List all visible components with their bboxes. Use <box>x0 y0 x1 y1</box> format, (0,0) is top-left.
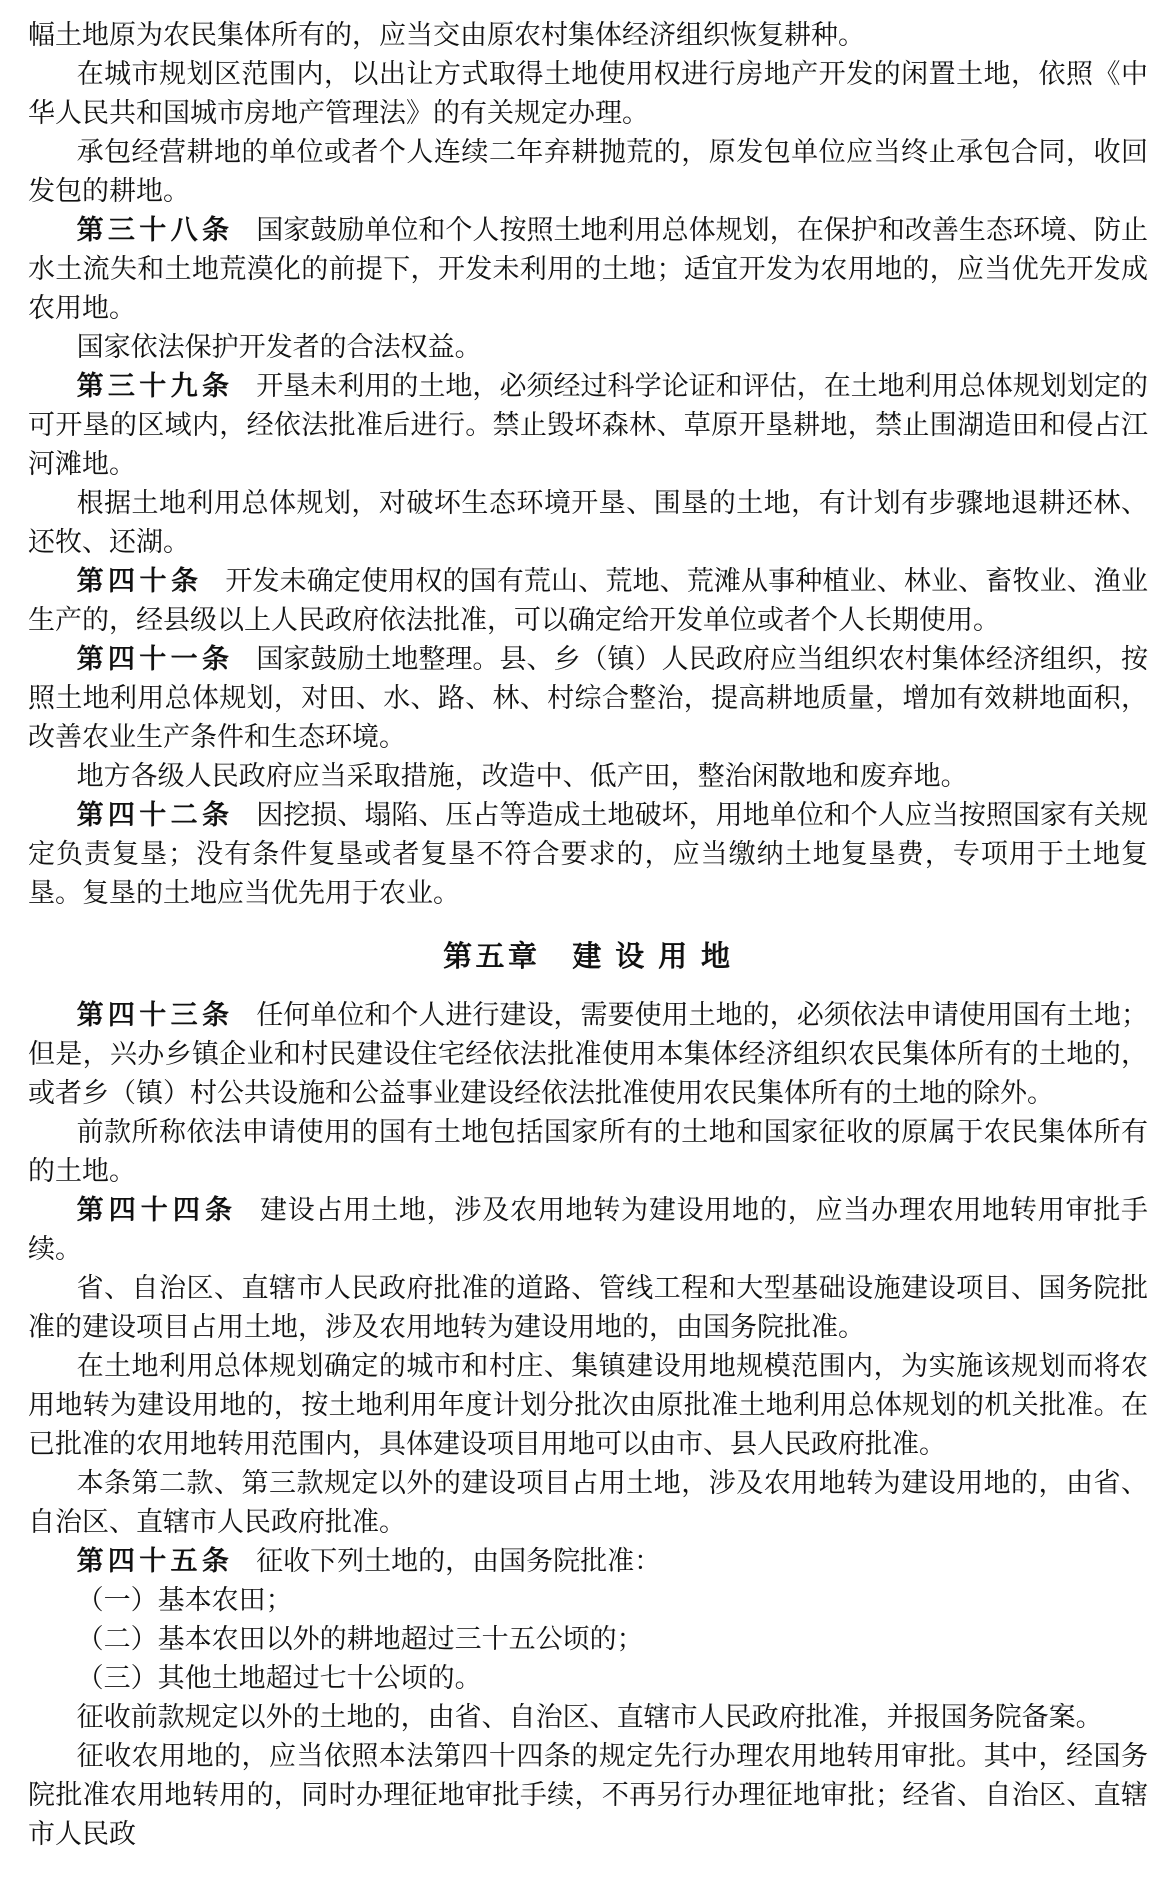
article-number: 第四十三条 <box>77 1000 234 1030</box>
article-paragraph: 第三十九条开垦未利用的土地，必须经过科学论证和评估，在土地利用总体规划划定的可开… <box>28 367 1148 484</box>
paragraph-text: 承包经营耕地的单位或者个人连续二年弃耕抛荒的，原发包单位应当终止承包合同，收回发… <box>28 137 1148 206</box>
article-number: 第三十八条 <box>77 215 234 245</box>
paragraph-text: 幅土地原为农民集体所有的，应当交由原农村集体经济组织恢复耕种。 <box>28 20 865 50</box>
paragraph-text: 国家依法保护开发者的合法权益。 <box>77 332 482 362</box>
paragraph-text: 省、自治区、直辖市人民政府批准的道路、管线工程和大型基础设施建设项目、国务院批准… <box>28 1273 1148 1342</box>
paragraph: 根据土地利用总体规划，对破坏生态环境开垦、围垦的土地，有计划有步骤地退耕还林、还… <box>28 484 1148 562</box>
article-number: 第四十条 <box>77 566 203 596</box>
paragraph-text: 在土地利用总体规划确定的城市和村庄、集镇建设用地规模范围内，为实施该规划而将农用… <box>28 1351 1148 1459</box>
paragraph: （三）其他土地超过七十公顷的。 <box>28 1659 1148 1698</box>
article-paragraph: 第四十五条征收下列土地的，由国务院批准： <box>28 1542 1148 1581</box>
paragraph-text: 征收农用地的，应当依照本法第四十四条的规定先行办理农用地转用审批。其中，经国务院… <box>28 1741 1148 1849</box>
article-number: 第四十一条 <box>77 644 234 674</box>
paragraph: 幅土地原为农民集体所有的，应当交由原农村集体经济组织恢复耕种。 <box>28 16 1148 55</box>
paragraph: 本条第二款、第三款规定以外的建设项目占用土地，涉及农用地转为建设用地的，由省、自… <box>28 1464 1148 1542</box>
article-paragraph: 第四十条开发未确定使用权的国有荒山、荒地、荒滩从事种植业、林业、畜牧业、渔业生产… <box>28 562 1148 640</box>
article-paragraph: 第三十八条国家鼓励单位和个人按照土地利用总体规划，在保护和改善生态环境、防止水土… <box>28 211 1148 328</box>
paragraph-text: 地方各级人民政府应当采取措施，改造中、低产田，整治闲散地和废弃地。 <box>77 761 968 791</box>
paragraph: 承包经营耕地的单位或者个人连续二年弃耕抛荒的，原发包单位应当终止承包合同，收回发… <box>28 133 1148 211</box>
paragraph-text: 前款所称依法申请使用的国有土地包括国家所有的土地和国家征收的原属于农民集体所有的… <box>28 1117 1148 1186</box>
chapter-title: 建 设 用 地 <box>572 941 732 973</box>
paragraph-text: （三）其他土地超过七十公顷的。 <box>77 1663 482 1693</box>
paragraph: 省、自治区、直辖市人民政府批准的道路、管线工程和大型基础设施建设项目、国务院批准… <box>28 1269 1148 1347</box>
document-page: 幅土地原为农民集体所有的，应当交由原农村集体经济组织恢复耕种。在城市规划区范围内… <box>0 0 1176 1904</box>
article-number: 第四十四条 <box>77 1195 237 1225</box>
paragraph: 国家依法保护开发者的合法权益。 <box>28 328 1148 367</box>
article-number: 第四十五条 <box>77 1546 234 1576</box>
paragraph: （二）基本农田以外的耕地超过三十五公顷的； <box>28 1620 1148 1659</box>
paragraph: 征收农用地的，应当依照本法第四十四条的规定先行办理农用地转用审批。其中，经国务院… <box>28 1737 1148 1854</box>
article-paragraph: 第四十三条任何单位和个人进行建设，需要使用土地的，必须依法申请使用国有土地；但是… <box>28 996 1148 1113</box>
paragraph-text: 根据土地利用总体规划，对破坏生态环境开垦、围垦的土地，有计划有步骤地退耕还林、还… <box>28 488 1148 557</box>
document-body: 幅土地原为农民集体所有的，应当交由原农村集体经济组织恢复耕种。在城市规划区范围内… <box>28 16 1148 1854</box>
paragraph: （一）基本农田； <box>28 1581 1148 1620</box>
article-paragraph: 第四十一条国家鼓励土地整理。县、乡（镇）人民政府应当组织农村集体经济组织，按照土… <box>28 640 1148 757</box>
article-number: 第四十二条 <box>77 800 234 830</box>
paragraph-text: 在城市规划区范围内，以出让方式取得土地使用权进行房地产开发的闲置土地，依照《中华… <box>28 59 1148 128</box>
paragraph: 在土地利用总体规划确定的城市和村庄、集镇建设用地规模范围内，为实施该规划而将农用… <box>28 1347 1148 1464</box>
paragraph-text: 征收下列土地的，由国务院批准： <box>256 1546 661 1576</box>
paragraph-text: （二）基本农田以外的耕地超过三十五公顷的； <box>77 1624 644 1654</box>
article-paragraph: 第四十四条建设占用土地，涉及农用地转为建设用地的，应当办理农用地转用审批手续。 <box>28 1191 1148 1269</box>
article-paragraph: 第四十二条因挖损、塌陷、压占等造成土地破坏，用地单位和个人应当按照国家有关规定负… <box>28 796 1148 913</box>
chapter-number: 第五章 <box>443 941 540 973</box>
paragraph: 前款所称依法申请使用的国有土地包括国家所有的土地和国家征收的原属于农民集体所有的… <box>28 1113 1148 1191</box>
paragraph-text: 征收前款规定以外的土地的，由省、自治区、直辖市人民政府批准，并报国务院备案。 <box>77 1702 1103 1732</box>
article-number: 第三十九条 <box>77 371 234 401</box>
chapter-heading: 第五章建 设 用 地 <box>28 938 1148 977</box>
paragraph: 在城市规划区范围内，以出让方式取得土地使用权进行房地产开发的闲置土地，依照《中华… <box>28 55 1148 133</box>
paragraph: 征收前款规定以外的土地的，由省、自治区、直辖市人民政府批准，并报国务院备案。 <box>28 1698 1148 1737</box>
paragraph: 地方各级人民政府应当采取措施，改造中、低产田，整治闲散地和废弃地。 <box>28 757 1148 796</box>
paragraph-text: 本条第二款、第三款规定以外的建设项目占用土地，涉及农用地转为建设用地的，由省、自… <box>28 1468 1148 1537</box>
paragraph-text: （一）基本农田； <box>77 1585 293 1615</box>
